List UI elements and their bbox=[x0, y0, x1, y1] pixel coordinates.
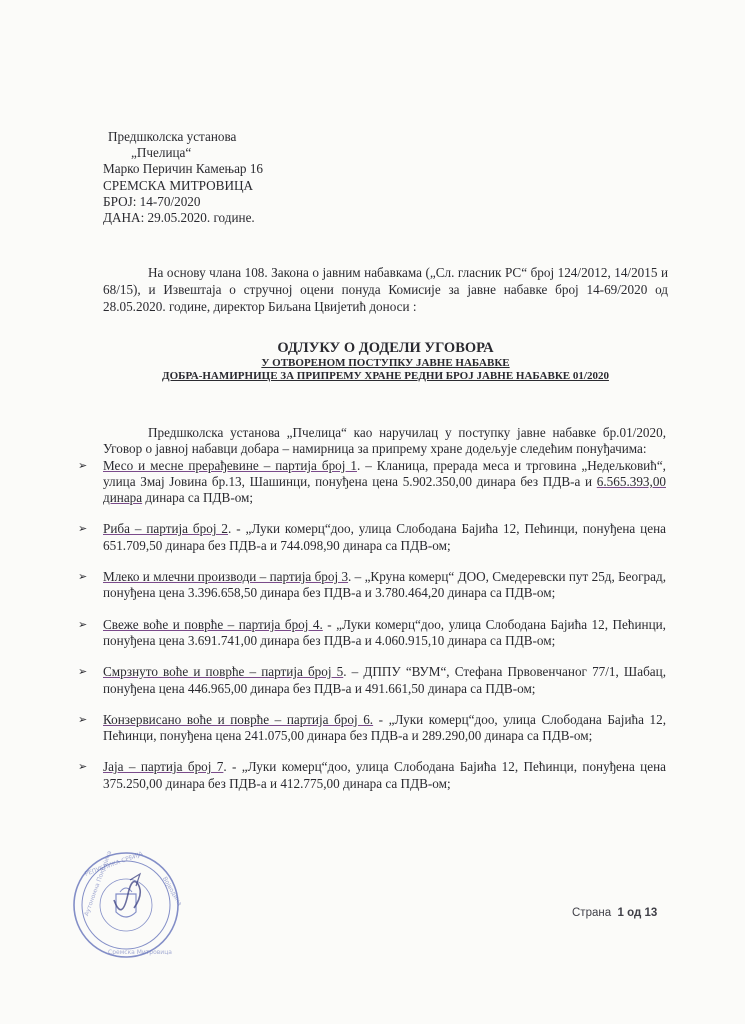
page-of: од bbox=[627, 907, 641, 919]
decision-body: Предшколска установа „Пчелица“ као наруч… bbox=[103, 425, 666, 807]
awarded-lot-item: ➢Смрзнуто воће и поврће – партија број 5… bbox=[103, 664, 666, 697]
org-city: СРЕМСКА МИТРОВИЦА bbox=[103, 178, 263, 194]
page-label: Страна bbox=[572, 907, 611, 919]
awarded-lot-item: ➢Јаја – партија број 7. - „Луки комерц“д… bbox=[103, 759, 666, 792]
awarded-lot-item: ➢Свеже воће и поврће – партија број 4. -… bbox=[103, 617, 666, 650]
page-total: 13 bbox=[645, 907, 658, 919]
page-current: 1 bbox=[618, 907, 624, 919]
arrow-bullet-icon: ➢ bbox=[78, 617, 87, 633]
title-sub-2: ДОБРА-НАМИРНИЦЕ ЗА ПРИПРЕМУ ХРАНЕ РЕДНИ … bbox=[103, 370, 668, 383]
official-seal-stamp-icon: РЕПУБЛИКА СРБИЈА Аутономна Покрајина Вој… bbox=[68, 850, 186, 960]
intro-paragraph: На основу члана 108. Закона о јавним наб… bbox=[103, 264, 668, 316]
document-page: Предшколска установа „Пчелица“ Марко Пер… bbox=[0, 0, 745, 1024]
arrow-bullet-icon: ➢ bbox=[78, 664, 87, 680]
arrow-bullet-icon: ➢ bbox=[78, 521, 87, 537]
awarded-lots-list: ➢Месо и месне прерађевине – партија број… bbox=[103, 458, 666, 792]
lot-title: Риба – партија број 2 bbox=[103, 521, 228, 536]
awarded-lot-item: ➢Млеко и млечни производи – партија број… bbox=[103, 569, 666, 602]
lot-title: Смрзнуто воће и поврће – партија број 5 bbox=[103, 664, 343, 679]
page-number: Страна 1 од 13 bbox=[572, 907, 657, 919]
awarded-lot-item: ➢Риба – партија број 2. - „Луки комерц“д… bbox=[103, 521, 666, 554]
arrow-bullet-icon: ➢ bbox=[78, 569, 87, 585]
lot-details-tail: динара са ПДВ-ом; bbox=[142, 490, 253, 505]
lot-title: Свеже воће и поврће – партија број 4. bbox=[103, 617, 323, 632]
letterhead: Предшколска установа „Пчелица“ Марко Пер… bbox=[103, 129, 263, 226]
title-main: ОДЛУКУ О ДОДЕЛИ УГОВОРА bbox=[103, 340, 668, 357]
document-date: ДАНА: 29.05.2020. године. bbox=[103, 210, 263, 226]
intro-text: На основу члана 108. Закона о јавним наб… bbox=[103, 264, 668, 316]
lot-title: Јаја – партија број 7 bbox=[103, 759, 223, 774]
awarded-lot-item: ➢Конзервисано воће и поврће – партија бр… bbox=[103, 712, 666, 745]
lot-title: Месо и месне прерађевине – партија број … bbox=[103, 458, 357, 473]
awarded-lot-item: ➢Месо и месне прерађевине – партија број… bbox=[103, 458, 666, 507]
org-name: „Пчелица“ bbox=[103, 145, 263, 161]
arrow-bullet-icon: ➢ bbox=[78, 458, 87, 474]
decision-title: ОДЛУКУ О ДОДЕЛИ УГОВОРА У ОТВОРЕНОМ ПОСТ… bbox=[103, 340, 668, 382]
arrow-bullet-icon: ➢ bbox=[78, 759, 87, 775]
arrow-bullet-icon: ➢ bbox=[78, 712, 87, 728]
title-sub-1: У ОТВОРЕНОМ ПОСТУПКУ ЈАВНЕ НАБАВКЕ bbox=[103, 357, 668, 370]
lead-paragraph: Предшколска установа „Пчелица“ као наруч… bbox=[103, 425, 666, 458]
lot-title: Млеко и млечни производи – партија број … bbox=[103, 569, 348, 584]
org-address: Марко Перичин Камењар 16 bbox=[103, 161, 263, 177]
org-type: Предшколска установа bbox=[103, 129, 263, 145]
lot-title: Конзервисано воће и поврће – партија бро… bbox=[103, 712, 373, 727]
svg-text:Сремска Митровица: Сремска Митровица bbox=[108, 949, 172, 956]
document-number: БРОЈ: 14-70/2020 bbox=[103, 194, 263, 210]
